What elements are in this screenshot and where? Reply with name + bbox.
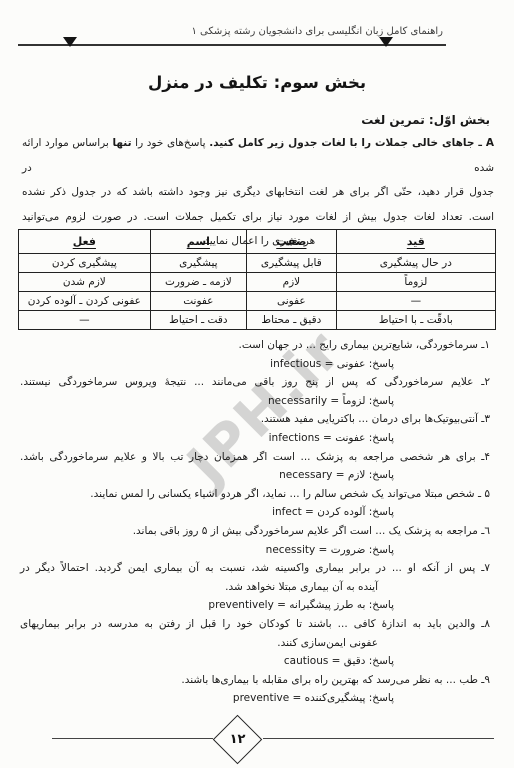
exercise-item-7-continued: آینده به آن بیماری مبتلا نخواهد شد.	[20, 578, 490, 597]
exercise-item-8: ۸ـ والدین باید به اندازهٔ کافی ... باشند…	[20, 615, 490, 634]
instructions-bold-lead: A ـ جاهای خالی جملات را با لغات جدول زیر…	[209, 137, 494, 149]
exercise-item-3: ۳ـ آنتی‌بیوتیک‌ها برای درمان ... باکتریا…	[20, 410, 490, 429]
table-row: لزوماً لازم لازمه ـ ضرورت لازم شدن	[19, 273, 496, 292]
table-cell: دقت ـ احتیاط	[150, 311, 246, 330]
table-row: در حال پیشگیری قابل پیشگیری پیشگیری پیشگ…	[19, 254, 496, 273]
table-row: — عفونی عفونت عفونی کردن ـ آلوده کردن	[19, 292, 496, 311]
table-cell: قابل پیشگیری	[247, 254, 337, 273]
instructions-line: A ـ جاهای خالی جملات را با لغات جدول زیر…	[22, 131, 494, 180]
table-cell: عفونی	[247, 292, 337, 311]
table-cell: لازم	[247, 273, 337, 292]
exercise-item-5: ۵ ـ شخص مبتلا می‌تواند یک شخص سالم را ..…	[20, 485, 490, 504]
page-number: ۱۲	[221, 723, 254, 756]
answer-line-3: پاسخ: عفونت = infections	[20, 429, 490, 448]
exercise-item-9: ۹ـ طب ... به نظر می‌رسد که بهترین راه بر…	[20, 671, 490, 690]
triangle-marker-icon	[379, 37, 393, 47]
exercise-item-2: ۲ـ علایم سرماخوردگی که پس از پنج روز باق…	[20, 373, 490, 392]
table-cell: لزوماً	[336, 273, 495, 292]
running-title: راهنمای کامل زبان انگلیسی برای دانشجویان…	[191, 26, 443, 37]
table-cell: دقیق ـ محتاط	[247, 311, 337, 330]
exercise-item-8-continued: عفونی ایمن‌سازی کنند.	[20, 634, 490, 653]
table-cell: —	[336, 292, 495, 311]
table-cell: —	[19, 311, 151, 330]
exercise-item-6: ٦ـ مراجعه به پزشک یک ... است اگر علایم س…	[20, 522, 490, 541]
table-cell: لازمه ـ ضرورت	[150, 273, 246, 292]
column-header-adverb: قید	[336, 230, 495, 254]
exercise-item-1: ۱ـ سرماخوردگی، شایع‌ترین بیماری رایج ...…	[20, 336, 490, 355]
table-cell: عفونی کردن ـ آلوده کردن	[19, 292, 151, 311]
instructions-line: جدول قرار دهید، حتّی اگر برای هر لغت انت…	[22, 180, 494, 205]
footer-rule-right	[263, 738, 494, 739]
instructions-bold-emph: تنها	[112, 137, 131, 149]
column-header-noun: اسم	[150, 230, 246, 254]
table-cell: عفونت	[150, 292, 246, 311]
answer-line-7: پاسخ: به طرز پیشگیرانه = preventively	[20, 596, 490, 615]
triangle-marker-icon	[63, 37, 77, 47]
exercise-items: ۱ـ سرماخوردگی، شایع‌ترین بیماری رایج ...…	[20, 336, 490, 708]
table-cell: پیشگیری کردن	[19, 254, 151, 273]
exercise-item-7: ۷ـ پس از آنکه او ... در برابر بیماری واک…	[20, 559, 490, 578]
answer-line-8: پاسخ: دقیق = cautious	[20, 652, 490, 671]
table-row: بادقّت ـ با احتیاط دقیق ـ محتاط دقت ـ اح…	[19, 311, 496, 330]
table-cell: در حال پیشگیری	[336, 254, 495, 273]
table-header-row: قید صفت اسم فعل	[19, 230, 496, 254]
answer-line-1: پاسخ: عفونی = infectious	[20, 355, 490, 374]
instructions-text: پاسخ‌های خود را	[132, 137, 210, 149]
answer-line-9: پاسخ: پیشگیری‌کننده = preventive	[20, 689, 490, 708]
answer-line-4: پاسخ: لازم = necessary	[20, 466, 490, 485]
instructions-line: است. تعداد لغات جدول بیش از لغات مورد نی…	[22, 205, 494, 230]
footer-rule-left	[52, 738, 213, 739]
page-number-diamond: ۱۲	[213, 715, 262, 764]
scanned-book-page: JPH.ir راهنمای کامل زبان انگلیسی برای دا…	[0, 0, 514, 768]
table-cell: لازم شدن	[19, 273, 151, 292]
column-header-verb: فعل	[19, 230, 151, 254]
answer-line-2: پاسخ: لزوماً = necessarily	[20, 392, 490, 411]
exercise-item-4: ۴ـ برای هر شخصی مراجعه به پزشک ... است ا…	[20, 448, 490, 467]
answer-line-6: پاسخ: ضرورت = necessity	[20, 541, 490, 560]
section-heading: بخش اوّل: تمرین لغت	[361, 113, 490, 127]
table-cell: بادقّت ـ با احتیاط	[336, 311, 495, 330]
chapter-title: بخش سوم: تکلیف در منزل	[0, 73, 514, 92]
answer-line-5: پاسخ: آلوده کردن = infect	[20, 503, 490, 522]
column-header-adjective: صفت	[247, 230, 337, 254]
vocabulary-table: قید صفت اسم فعل در حال پیشگیری قابل پیشگ…	[18, 229, 496, 330]
table-cell: پیشگیری	[150, 254, 246, 273]
